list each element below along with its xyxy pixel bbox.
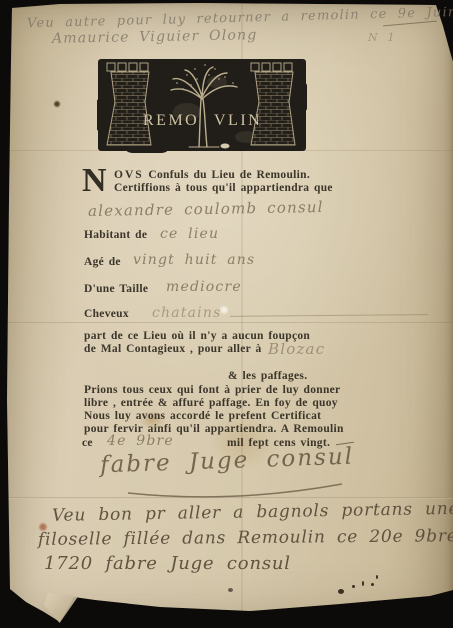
field-age-value: vingt huit ans bbox=[133, 252, 255, 268]
folded-corner bbox=[44, 593, 78, 623]
document-photo: Veu autre pour luy retourner a remolin c… bbox=[0, 0, 453, 628]
date-ce: ce bbox=[82, 437, 93, 450]
stamp-text-right: VLIN bbox=[214, 112, 262, 129]
ink-blot bbox=[362, 581, 364, 586]
dropcap-N: N bbox=[82, 166, 107, 196]
para2-line3: Nous luy avons accordé le prefent Certif… bbox=[84, 410, 321, 423]
field-habitant-value: ce lieu bbox=[160, 226, 219, 242]
heading-line2: Certiffions à tous qu'il appartiendra qu… bbox=[114, 182, 333, 195]
passages-line: & les paffages. bbox=[228, 370, 307, 383]
bottom-annotation-line2: filoselle fillée dans Remoulin ce 20e 9b… bbox=[38, 526, 453, 550]
field-age-label: Agé de bbox=[84, 256, 121, 269]
field-taille-value: mediocre bbox=[166, 279, 242, 295]
ink-blot bbox=[371, 583, 374, 586]
stamp-text-left: REMO bbox=[143, 112, 199, 129]
field-taille-label: D'une Taille bbox=[84, 283, 148, 296]
date-day-handwritten: 4e 9bre bbox=[107, 433, 174, 449]
para1-line2: de Mal Contagieux , pour aller à bbox=[84, 343, 262, 356]
heading-line1: Confuls du Lieu de Remoulin. bbox=[148, 169, 310, 181]
ink-blot bbox=[352, 585, 355, 588]
ink-blot bbox=[228, 588, 233, 592]
para2-line1: Prions tous ceux qui font à prier de luy… bbox=[84, 384, 340, 397]
top-corner-mark: N 1 bbox=[368, 31, 396, 44]
ink-blot bbox=[376, 575, 378, 579]
para2-line2: libre , entrée & affuré paffage. En foy … bbox=[84, 397, 338, 410]
paper-fleck bbox=[221, 144, 230, 149]
remoulin-armorial-stamp: REMO VLIN bbox=[97, 57, 307, 153]
field-habitant-label: Habitant de bbox=[84, 229, 147, 242]
heading-caps: OVS bbox=[114, 169, 144, 181]
field-cheveux-label: Cheveux bbox=[84, 308, 129, 321]
fold-crease-horizontal-2 bbox=[0, 322, 453, 323]
ink-blot bbox=[338, 589, 344, 594]
destination-value: Blozac bbox=[268, 340, 325, 358]
bottom-annotation-line3: 1720 fabre Juge consul bbox=[44, 553, 291, 574]
signature-flourish bbox=[122, 478, 350, 504]
field-cheveux-value: chatains bbox=[152, 305, 221, 321]
